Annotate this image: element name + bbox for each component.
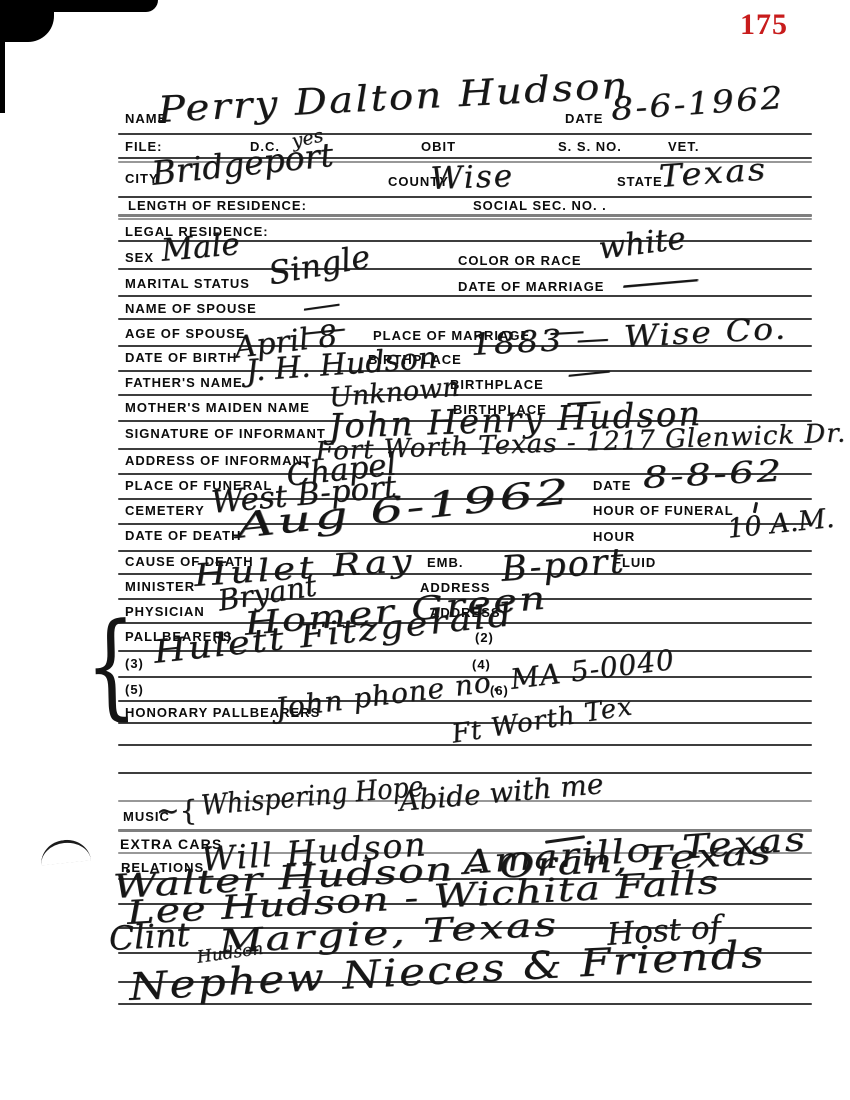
relations-line4-name: Clint: [108, 918, 190, 955]
hour-of-funeral-label: HOUR OF FUNERAL: [593, 504, 734, 518]
age-of-spouse-label: AGE OF SPOUSE: [125, 327, 246, 341]
minister-label: MINISTER: [125, 580, 195, 594]
hour-value: 10 A.M.: [726, 505, 835, 543]
date-of-marriage-dash: —: [618, 261, 702, 302]
state-value: Texas: [658, 154, 768, 192]
fathers-name-label: FATHER'S NAME: [125, 376, 243, 390]
rule-line: [118, 370, 812, 372]
rule-line: [118, 523, 812, 525]
name-value: Perry Dalton Hudson: [157, 68, 631, 129]
social-sec-no-label: SOCIAL SEC. NO. .: [473, 199, 607, 213]
city-value: Bridgeport: [150, 138, 335, 190]
funeral-date-value: 8-8-62: [642, 457, 785, 494]
length-of-residence-label: LENGTH OF RESIDENCE:: [128, 199, 307, 213]
birthplace-birth-value: 1883 — Wise Co.: [470, 314, 788, 361]
ssn-label: S. S. NO.: [558, 140, 622, 154]
state-label: STATE: [617, 175, 663, 189]
rule-line: [118, 550, 812, 552]
date-of-marriage-label: DATE OF MARRIAGE: [458, 280, 604, 294]
file-label: FILE:: [125, 140, 163, 154]
rule-line: [118, 295, 812, 297]
county-value: Wise: [430, 161, 515, 195]
date-of-death-label: DATE OF DEATH: [125, 529, 242, 543]
date-value: 8-6-1962: [610, 83, 786, 126]
birthplace-father-label: BIRTHPLACE: [450, 378, 544, 392]
vet-label: VET.: [668, 140, 699, 154]
signature-of-informant-label: SIGNATURE OF INFORMANT: [125, 427, 326, 441]
scanned-funeral-record-page: 175 NAME Perry Dalton Hudson DATE 8-6-19…: [0, 0, 850, 1100]
address-of-informant-label: ADDRESS OF INFORMANT: [125, 454, 312, 468]
rule-line: [118, 133, 812, 135]
marital-status-value: Single: [266, 240, 372, 289]
pallbearer-5-label: (5): [125, 683, 144, 697]
name-of-spouse-label: NAME OF SPOUSE: [125, 302, 257, 316]
mothers-maiden-name-label: MOTHER'S MAIDEN NAME: [125, 401, 310, 415]
rule-line: [118, 218, 812, 220]
rule-line: [118, 772, 812, 774]
rule-line: [118, 394, 812, 396]
obit-label: OBIT: [421, 140, 456, 154]
color-or-race-value: white: [597, 223, 687, 264]
sex-value: Male: [160, 229, 241, 267]
funeral-date-label: DATE: [593, 479, 631, 493]
color-or-race-label: COLOR OR RACE: [458, 254, 582, 268]
music-squiggle-mark: ~{: [156, 797, 197, 825]
sex-label: SEX: [125, 251, 154, 265]
scan-artifact-corner-blob: [0, 0, 54, 42]
pallbearer-3-label: (3): [125, 657, 144, 671]
music-song2-value: Abide with me: [398, 770, 604, 816]
music-song1-value: Whispering Hope: [200, 773, 424, 820]
marital-status-label: MARITAL STATUS: [125, 277, 250, 291]
rule-line: [118, 214, 812, 217]
emb-label: EMB.: [427, 556, 464, 570]
pen-arc-mark: [39, 837, 91, 865]
cemetery-label: CEMETERY: [125, 504, 205, 518]
scan-artifact-left-edge: [0, 0, 5, 113]
date-label: DATE: [565, 112, 603, 126]
date-of-birth-label: DATE OF BIRTH: [125, 351, 237, 365]
physician-label: PHYSICIAN: [125, 605, 205, 619]
rule-line: [118, 268, 812, 270]
page-number: 175: [740, 8, 788, 42]
